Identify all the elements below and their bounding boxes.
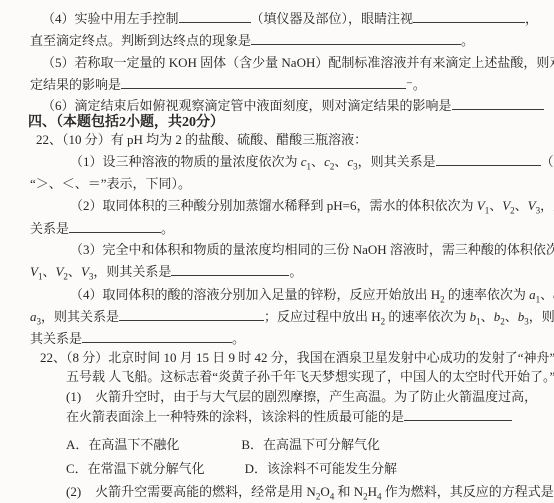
text-run: (2)	[66, 484, 81, 499]
answer-blank	[82, 330, 232, 343]
text-run: V	[30, 264, 38, 279]
text-run: 火箭升空时，由于与大气层的剧烈摩擦，产生高温。为了防止火箭温度过高，	[95, 389, 537, 404]
answer-blank	[452, 97, 544, 110]
text-line: C．在常温下就分解气化D．该涂料不可能发生分解	[0, 458, 554, 480]
text-run: 的速率依次为	[445, 287, 530, 302]
answer-blank	[171, 263, 289, 276]
text-run: V	[502, 198, 510, 213]
answer-blank	[119, 308, 264, 321]
text-run: （4）实验中用左手控制	[42, 11, 179, 26]
text-line: 在火箭表面涂上一种特殊的涂料，该涂料的性质最可能的是	[0, 406, 554, 428]
answer-blank	[251, 32, 461, 45]
spacer	[81, 495, 95, 496]
text-run: （2）取同体积的三种酸分别加蒸馏水稀释到 pH=6，需水的体积依次为	[70, 198, 477, 213]
answer-blank	[436, 153, 541, 166]
text-run: A．在高温下不融化	[66, 437, 179, 452]
text-line: V1、V2、V3，则其关系是。	[0, 261, 554, 283]
text-run: V	[81, 264, 89, 279]
spacer	[81, 400, 95, 401]
text-run: 四、（本题包括2小题，共20分）	[28, 115, 224, 130]
text-run: 五号载 人飞船。这标志着“炎黄子孙千年飞天梦想实现了，中国人的太空时代开始了。”	[66, 369, 554, 384]
text-run: 、	[311, 154, 324, 169]
text-run: (1)	[66, 389, 81, 404]
text-run: （3）完全中和体积和物质的量浓度均相同的三份 NaOH 溶液时，需三种酸的体积依…	[70, 242, 554, 257]
text-run: 。	[289, 264, 302, 279]
text-line: 直至滴定终点。判断到达终点的现象是。	[0, 30, 554, 52]
text-run: V	[528, 198, 536, 213]
text-run: ，	[525, 11, 538, 26]
text-line: （2）取同体积的三种酸分别加蒸馏水稀释到 pH=6，需水的体积依次为 V1、V2…	[0, 195, 554, 217]
text-run: ，则其关系是	[358, 154, 436, 169]
text-line: “＞、＜、＝”表示，下同）。	[0, 173, 554, 195]
text-line: A．在高温下不融化B．在高温下可分解气化	[0, 434, 554, 456]
text-run: 的速率依次为	[385, 309, 470, 324]
text-run: O	[320, 484, 329, 499]
answer-blank	[121, 76, 406, 89]
text-run: 。	[461, 33, 474, 48]
text-run: H	[368, 484, 377, 499]
text-run: （4）取同体积的酸的溶液分别加入足量的锌粉，反应开始放出 H	[70, 287, 440, 302]
answer-blank	[179, 10, 251, 23]
text-run: V	[477, 198, 485, 213]
text-line: 关系是。	[0, 218, 554, 240]
text-run: C．在常温下就分解气化	[66, 461, 205, 476]
spacer	[205, 472, 245, 473]
text-run: ⁻。	[406, 77, 426, 92]
text-run: “＞、＜、＝”表示，下同）。	[30, 176, 191, 191]
text-line: 五号载 人飞船。这标志着“炎黄子孙千年飞天梦想实现了，中国人的太空时代开始了。”	[0, 366, 554, 388]
text-run: 关系是	[30, 221, 69, 236]
text-run: 。	[232, 331, 245, 346]
answer-blank	[404, 408, 512, 421]
text-run: 其关系是	[30, 331, 82, 346]
document-page: （4）实验中用左手控制（填仪器及部位），眼睛注视，直至滴定终点。判断到达终点的现…	[0, 0, 554, 503]
text-run: D．该涂料不可能发生分解	[245, 461, 397, 476]
spacer	[179, 448, 241, 449]
text-run: 火箭升空需要高能的燃料，经常是用 N	[95, 484, 316, 499]
text-run: 、	[505, 309, 518, 324]
answer-blank	[413, 10, 525, 23]
answer-blank	[69, 220, 161, 233]
text-run: ，则其关系是	[41, 309, 119, 324]
text-run: （5）若称取一定量的 KOH 固体（含少量 NaOH）配制标准溶液并有来滴定上述…	[42, 55, 554, 70]
text-run: ，则	[529, 309, 554, 324]
text-run: 和 N	[334, 484, 363, 499]
text-run: 、	[515, 198, 528, 213]
text-line: （4）实验中用左手控制（填仪器及部位），眼睛注视，	[0, 8, 554, 30]
text-run: 定结果的影响是	[30, 77, 121, 92]
text-run: 、	[489, 198, 502, 213]
text-run: 22、（8 分）北京时间 10 月 15 日 9 时 42 分，我国在酒泉卫星发…	[40, 350, 554, 365]
text-run: （1）设三种溶液的物质的量浓度依次为	[70, 154, 301, 169]
text-line: a3，则其关系是；反应过程中放出 H2 的速率依次为 b1、b2、b3，则	[0, 306, 554, 328]
text-line: (1)火箭升空时，由于与大气层的剧烈摩擦，产生高温。为了防止火箭温度过高，	[0, 386, 554, 408]
text-run: 、	[334, 154, 347, 169]
text-run: （填仪器及部位），眼睛注视	[251, 11, 414, 26]
text-line: 定结果的影响是⁻。	[0, 74, 554, 96]
text-run: 、	[42, 264, 55, 279]
text-run: 在火箭表面涂上一种特殊的涂料，该涂料的性质最可能的是	[66, 409, 404, 424]
text-run: 、	[68, 264, 81, 279]
text-line: （3）完全中和体积和物质的量浓度均相同的三份 NaOH 溶液时，需三种酸的体积依…	[0, 239, 554, 261]
text-run: ，则其	[540, 198, 554, 213]
text-run: 、	[540, 287, 553, 302]
text-run: ，则其关系是	[93, 264, 171, 279]
text-line: （1）设三种溶液的物质的量浓度依次为 c1、c2、c3，则其关系是（用	[0, 151, 554, 173]
text-line: （4）取同体积的酸的溶液分别加入足量的锌粉，反应开始放出 H2 的速率依次为 a…	[0, 284, 554, 306]
text-line: (2)火箭升空需要高能的燃料，经常是用 N2O4 和 N2H4 作为燃料，其反应…	[0, 481, 554, 503]
text-run: （用	[541, 154, 554, 169]
text-run: ；反应过程中放出 H	[264, 309, 381, 324]
text-run: 作为燃料，其反应的方程式是：	[381, 484, 554, 499]
text-line: 22、（10 分）有 pH 均为 2 的盐酸、硫酸、醋酸三瓶溶液：	[0, 129, 554, 151]
text-run: （6）滴定结束后如俯视观察滴定管中液面刻度，则对滴定结果的影响是	[42, 98, 452, 113]
text-run: B．在高温下可分解气化	[241, 437, 380, 452]
text-run: 22、（10 分）有 pH 均为 2 的盐酸、硫酸、醋酸三瓶溶液：	[36, 132, 367, 147]
text-run: 。	[161, 221, 174, 236]
text-line: （5）若称取一定量的 KOH 固体（含少量 NaOH）配制标准溶液并有来滴定上述…	[0, 52, 554, 74]
text-run: 直至滴定终点。判断到达终点的现象是	[30, 33, 251, 48]
text-run: 、	[481, 309, 494, 324]
